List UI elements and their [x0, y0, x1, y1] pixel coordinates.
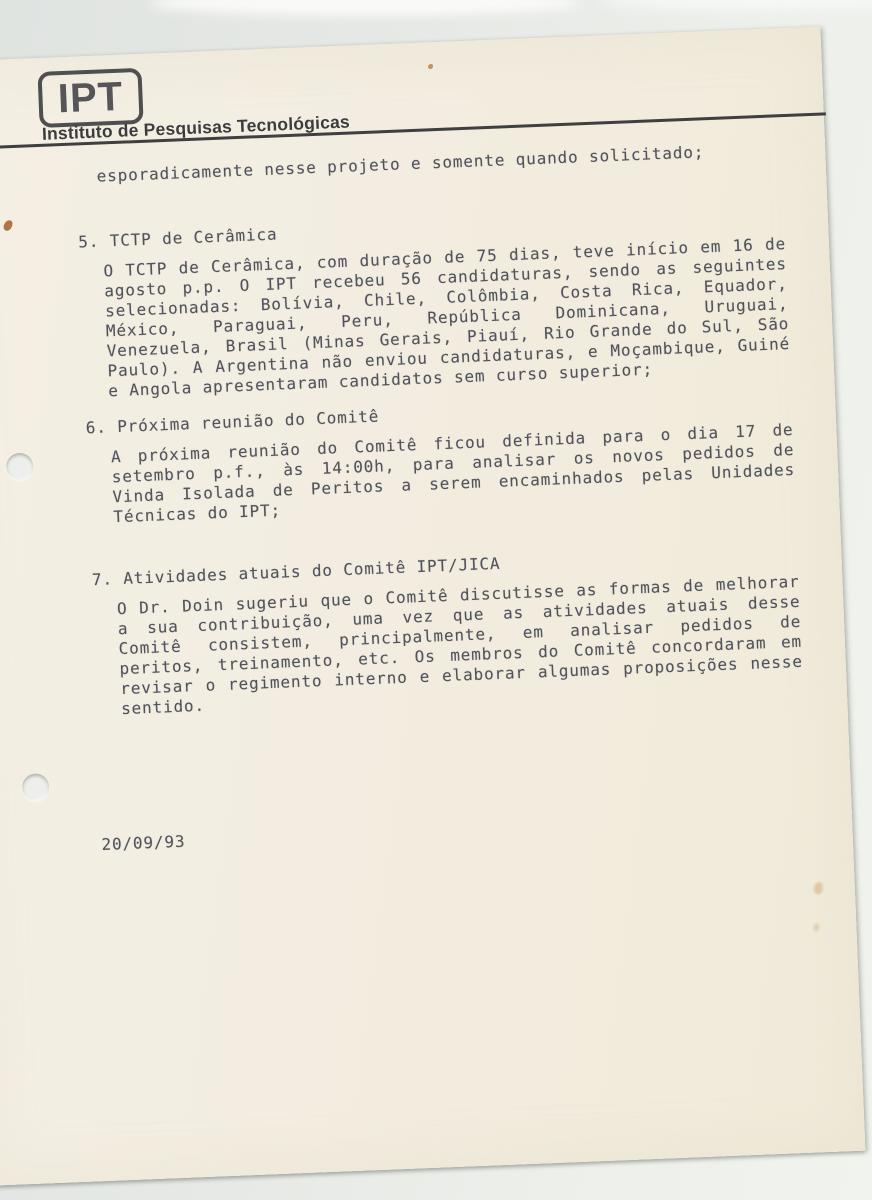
scan-glare — [600, 0, 872, 10]
ipt-logo: IPT — [37, 68, 143, 128]
punch-hole — [22, 773, 50, 801]
section-7-paragraph: O Dr. Doin sugeriu que o Comitê discutis… — [117, 572, 804, 719]
stain — [814, 882, 823, 894]
section-6-heading: 6. Próxima reunião do Comitê — [85, 407, 379, 438]
document-date: 20/09/93 — [101, 832, 186, 854]
ipt-logo-text: IPT — [57, 74, 124, 122]
stain — [813, 923, 819, 931]
punch-hole — [6, 452, 34, 480]
section-5-paragraph: O TCTP de Cerâmica, com duração de 75 di… — [103, 234, 791, 401]
intro-line: esporadicamente nesse projeto e somente … — [96, 142, 704, 185]
scan-glare — [150, 0, 580, 16]
section-6-paragraph: A próxima reunião do Comitê ficou defini… — [111, 420, 797, 527]
scanned-page: IPT Instituto de Pesquisas Tecnológicas … — [0, 27, 865, 1187]
section-7-heading: 7. Atividades atuais do Comitê IPT/JICA — [92, 554, 501, 589]
section-5-heading: 5. TCTP de Cerâmica — [78, 224, 278, 251]
